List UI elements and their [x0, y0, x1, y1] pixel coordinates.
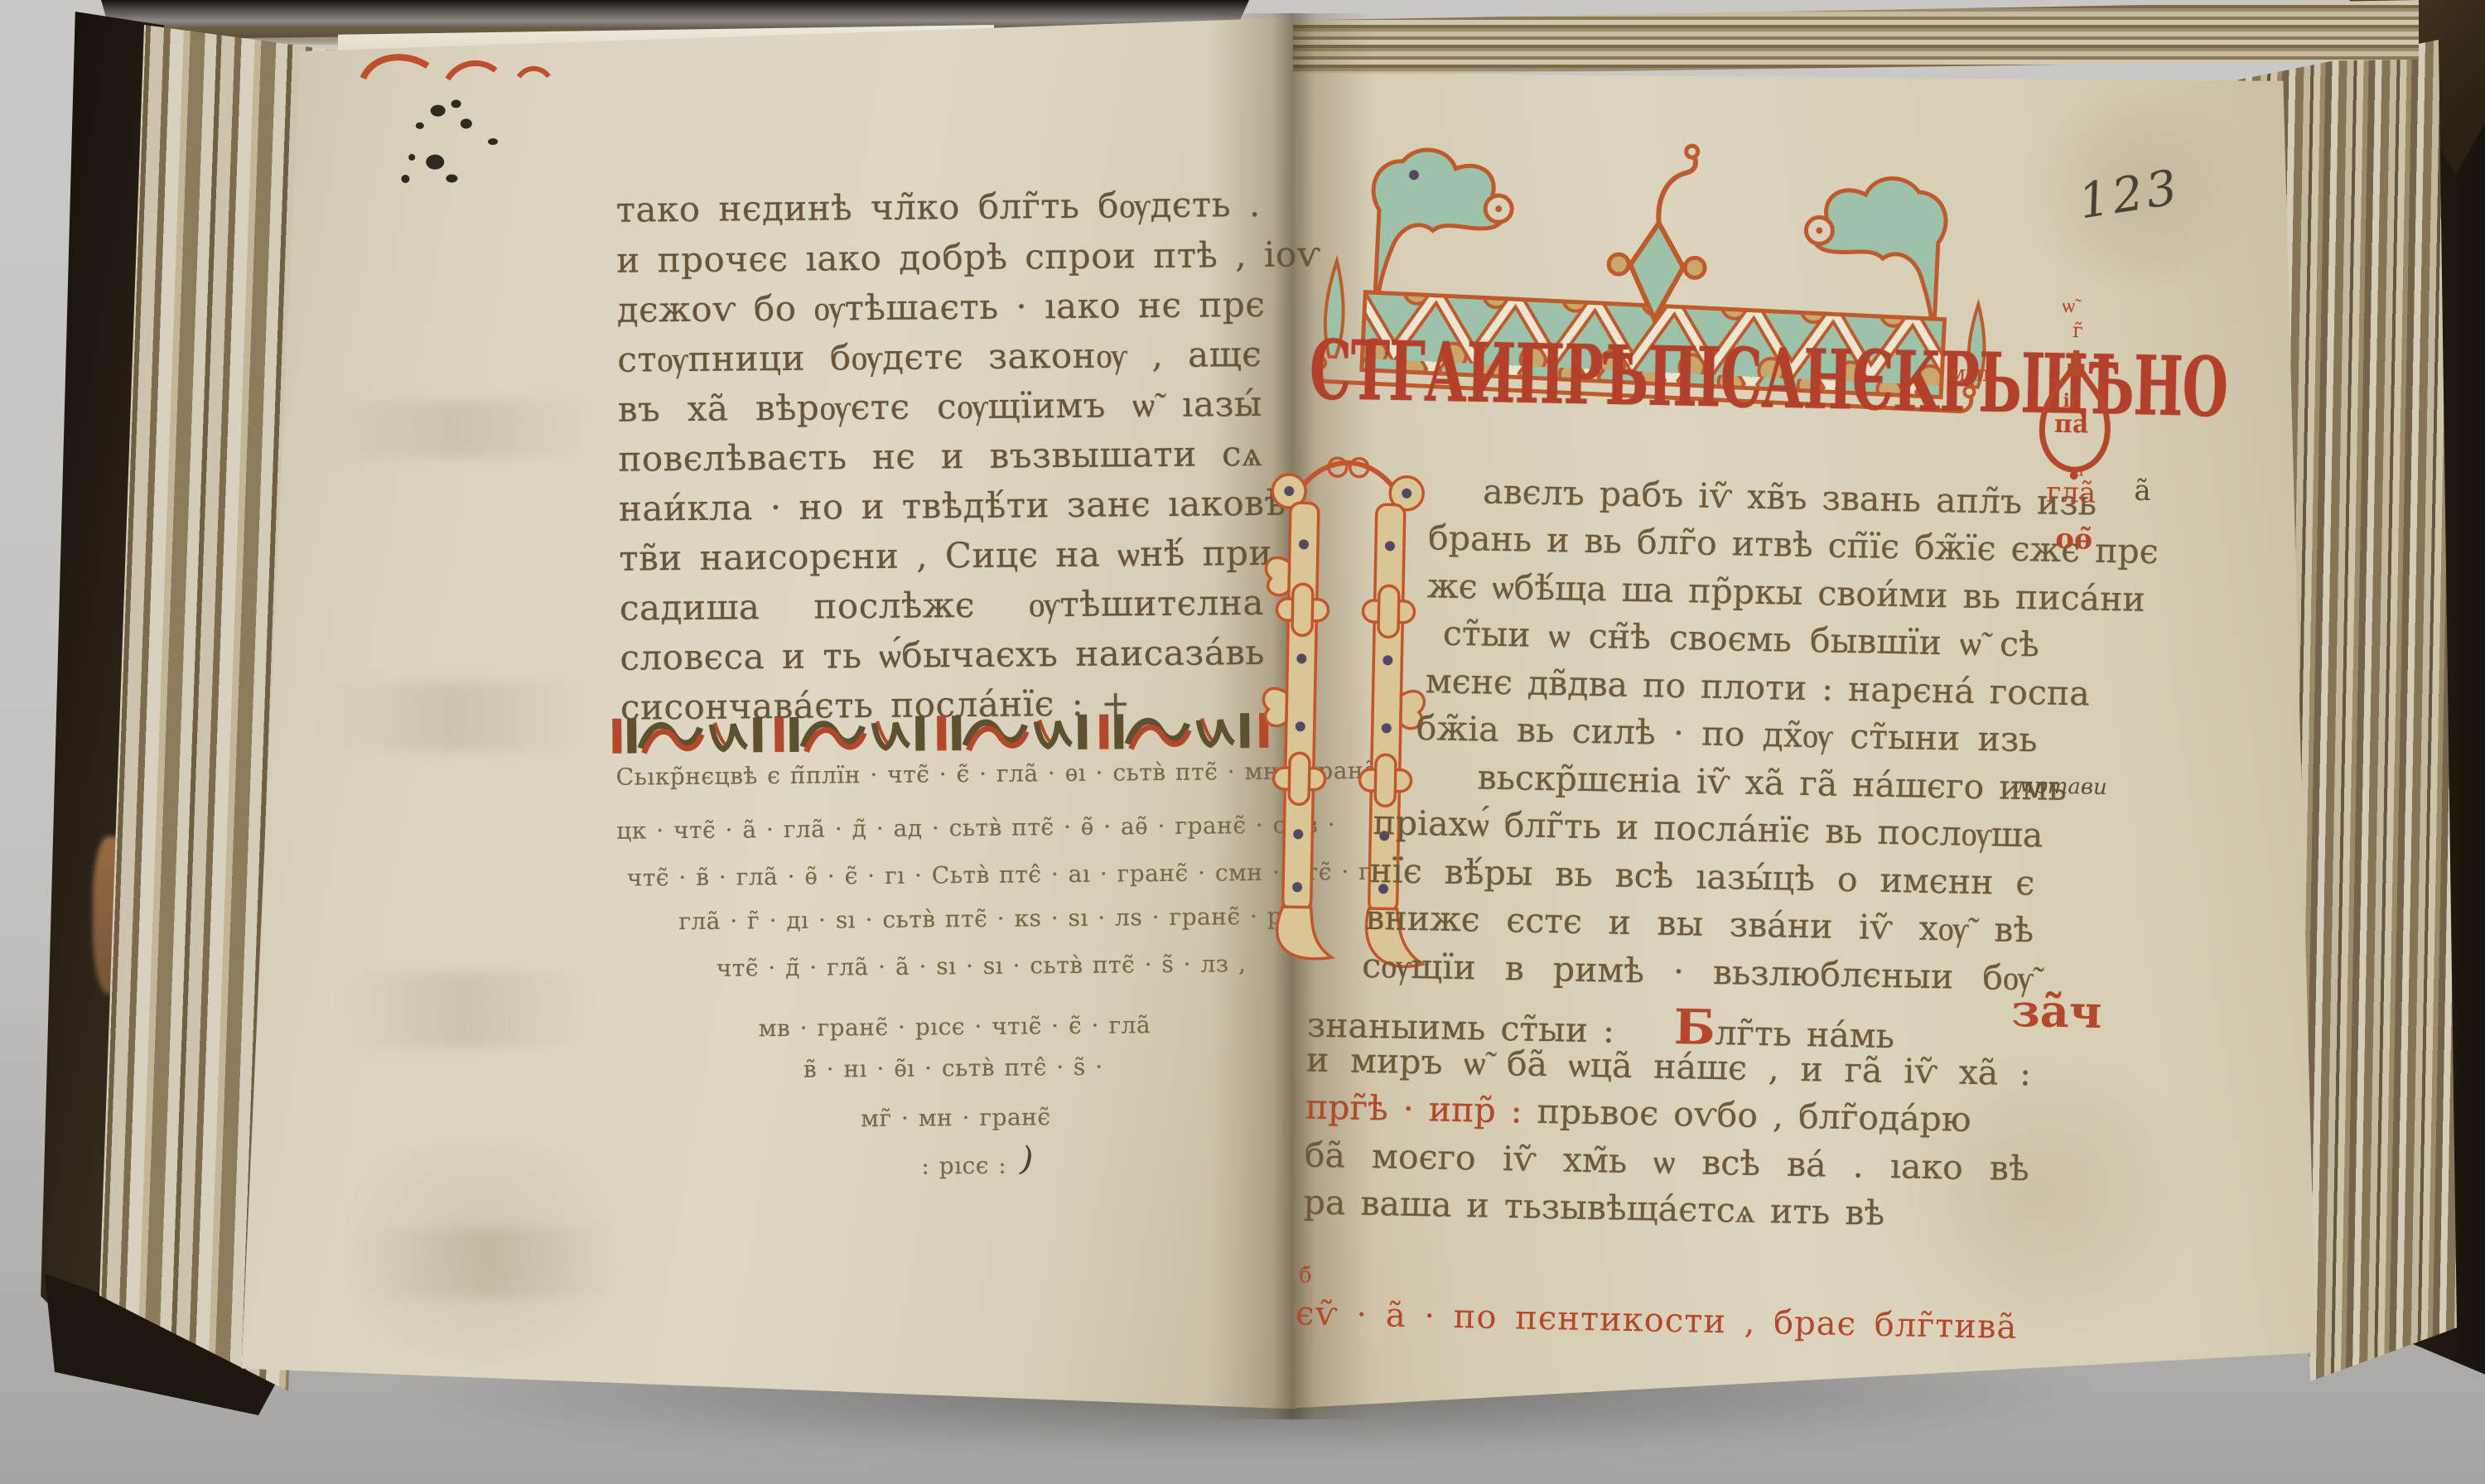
index-line: в̃ · нı · ѳ̃ı · сьтв̀ птє̂ · ѕ̃ · — [788, 1053, 1119, 1082]
top-page-stack-edges — [1242, 0, 2419, 76]
text-line: бж̃іа вь силѣ · по дх̃ѹ ст̃ыни изь — [1416, 708, 2038, 759]
lection-rubric: єѵ̃ · а̃ · по пєнтикости , брає блг̃тива… — [1296, 1294, 2018, 1347]
text-line: дєжоѵ бо ѹтѣшаєть · ıако нє прє — [617, 284, 1262, 331]
title-superscript: ммь — [1949, 361, 1995, 387]
index-line: гла̃ · г̃ · дı · ѕı · сьтв̀ птє̃ · кѕ · … — [678, 903, 1209, 936]
right-page-content: СТГАИПРѢПІСАНЄКРЬЩѢНО ммь — [1267, 70, 2319, 1440]
index-line: чтє̃ · д̃ · гла̃ · а̃ · ѕı · ѕı · сьтв̀ … — [717, 951, 1189, 982]
rubric-superscript: б̃ — [1299, 1263, 1312, 1288]
chapter-title-vyaz: СТГАИПРѢПІСАНЄКРЬЩѢНО — [1309, 321, 1971, 431]
text-line: брань и вь блг̃о итвѣ сп̃їє бж̃їє єжє пр… — [1428, 518, 2042, 569]
index-line: мв · гранє̃ · рıсє · чтıє̃ · є̃ · гла̃ — [739, 1011, 1170, 1043]
medallion-text-top: іс — [2063, 390, 2081, 412]
show-through-text — [336, 971, 594, 1049]
folio-letters: оѳ̃ — [2055, 523, 2093, 556]
show-through-text — [321, 399, 596, 460]
text-line: сѹщїи в римѣ · вьзлюблєныи бѹ̃ — [1362, 946, 2034, 999]
zachalo-mark: за̃ч — [2011, 984, 2102, 1038]
folio-number: 123 — [2075, 158, 2184, 229]
text-line: и прочєє ıако добрѣ спрои птѣ , іоѵ — [616, 234, 1261, 281]
text-line: мєнє дв̃два по плоти : нарєна́ госпа — [1425, 661, 2039, 712]
text-line: ст̃ыи ѡ сн̃ѣ своємь бывшїи ѡ̃ сѣ — [1443, 614, 2040, 665]
text-line: пріахѡ́ блг̃ть и посла́нїє вь послѹша — [1373, 802, 2036, 855]
manuscript-photograph: тако нєдинѣ чл̃ко блг̃ть бѹдєть . и проч… — [0, 0, 2485, 1484]
index-line: Сьıкр̃нєцвѣ є п̃плїн · чтє̃ · є̃ · гла̃ … — [616, 758, 1264, 791]
text-line: въ ха̃ вѣрѹєтє сѹщїимъ ѡ̃ ıазы́ — [618, 383, 1262, 431]
index-line: : рıсє : — [906, 1152, 1022, 1180]
text-line: словєса и ть ѡ́бычаєхъ наисаза́вь — [620, 632, 1264, 679]
text-line: тако нєдинѣ чл̃ко блг̃ть бѹдєть . — [616, 184, 1261, 231]
text-line: садиша послѣжє ѹтѣшитєлна — [620, 582, 1264, 629]
medallion-text-bottom: па — [2054, 410, 2089, 440]
text-line: тв̃и наисорєни , Сицє на ѡнѣ́ при — [619, 532, 1263, 580]
text-line: ра ваша и тьзывѣща́єтсѧ ить вѣ — [1303, 1183, 2029, 1236]
text-line: вьскр̃шєніа іѵ̃ ха̃ га̃ на́шєго имь — [1477, 757, 2037, 807]
ornamental-divider — [612, 706, 1268, 762]
text-line: нїє вѣ́ры вь всѣ ıазы́цѣ о имєнн є — [1369, 850, 2035, 903]
text-line: наи́кла · но и твѣдѣ́ти занє ıаковѣ — [619, 483, 1263, 529]
text-line: жє ѡбѣ́ща ша пр̃ркы свои́ми вь писа́ни — [1427, 566, 2041, 617]
chapter-number-letter: а̃ — [2134, 475, 2151, 508]
pen-stroke: ) — [1016, 1139, 1038, 1179]
show-through-text — [319, 681, 593, 753]
text-line: внижє єстє и вы зва́ни іѵ̃ хѹ̃ вѣ — [1365, 898, 2034, 950]
index-line: цк · чтє̃ · а̃ · гла̃ · д̃ · ад · сьтв̀ … — [616, 812, 1264, 845]
text-line: авєлъ рабъ іѵ̃ хв̃ъ звань апл̃ъ изь — [1483, 472, 2043, 523]
margin-mark: ѡ̃ — [2062, 294, 2075, 318]
margin-mark: г̃ — [2072, 319, 2083, 342]
text-line: ба̃ моєго іѵ̃ хм̃ь ѡ всѣ ва́ . ıако вѣ — [1304, 1135, 2029, 1189]
ink-blots — [387, 91, 553, 200]
text-line: стѹпници бѹдєтє законѹ , ащє — [617, 334, 1262, 381]
index-line: чтє̃ · в̃ · гла̃ · ѳ̃ · є̃ · гı · Сьтв̀ … — [627, 859, 1265, 892]
text-line: повєлѣваєть нє и възвышати сѧ — [618, 433, 1262, 480]
chapter-label: гла̃ — [2046, 476, 2096, 510]
index-line: мг̃ · мн · гранє̃ — [846, 1103, 1065, 1132]
margin-note: мртави — [2015, 773, 2107, 800]
text-line: прг̃ѣ · ипр̃ : прьвоє оѵбо , блг̃ода́рю — [1305, 1087, 2031, 1141]
trimmed-red-letters-fragment — [356, 43, 588, 83]
show-through-text — [350, 1227, 624, 1299]
left-page-content: тако нєдинѣ чл̃ко блг̃ть бѹдєть . и проч… — [306, 37, 1312, 1420]
